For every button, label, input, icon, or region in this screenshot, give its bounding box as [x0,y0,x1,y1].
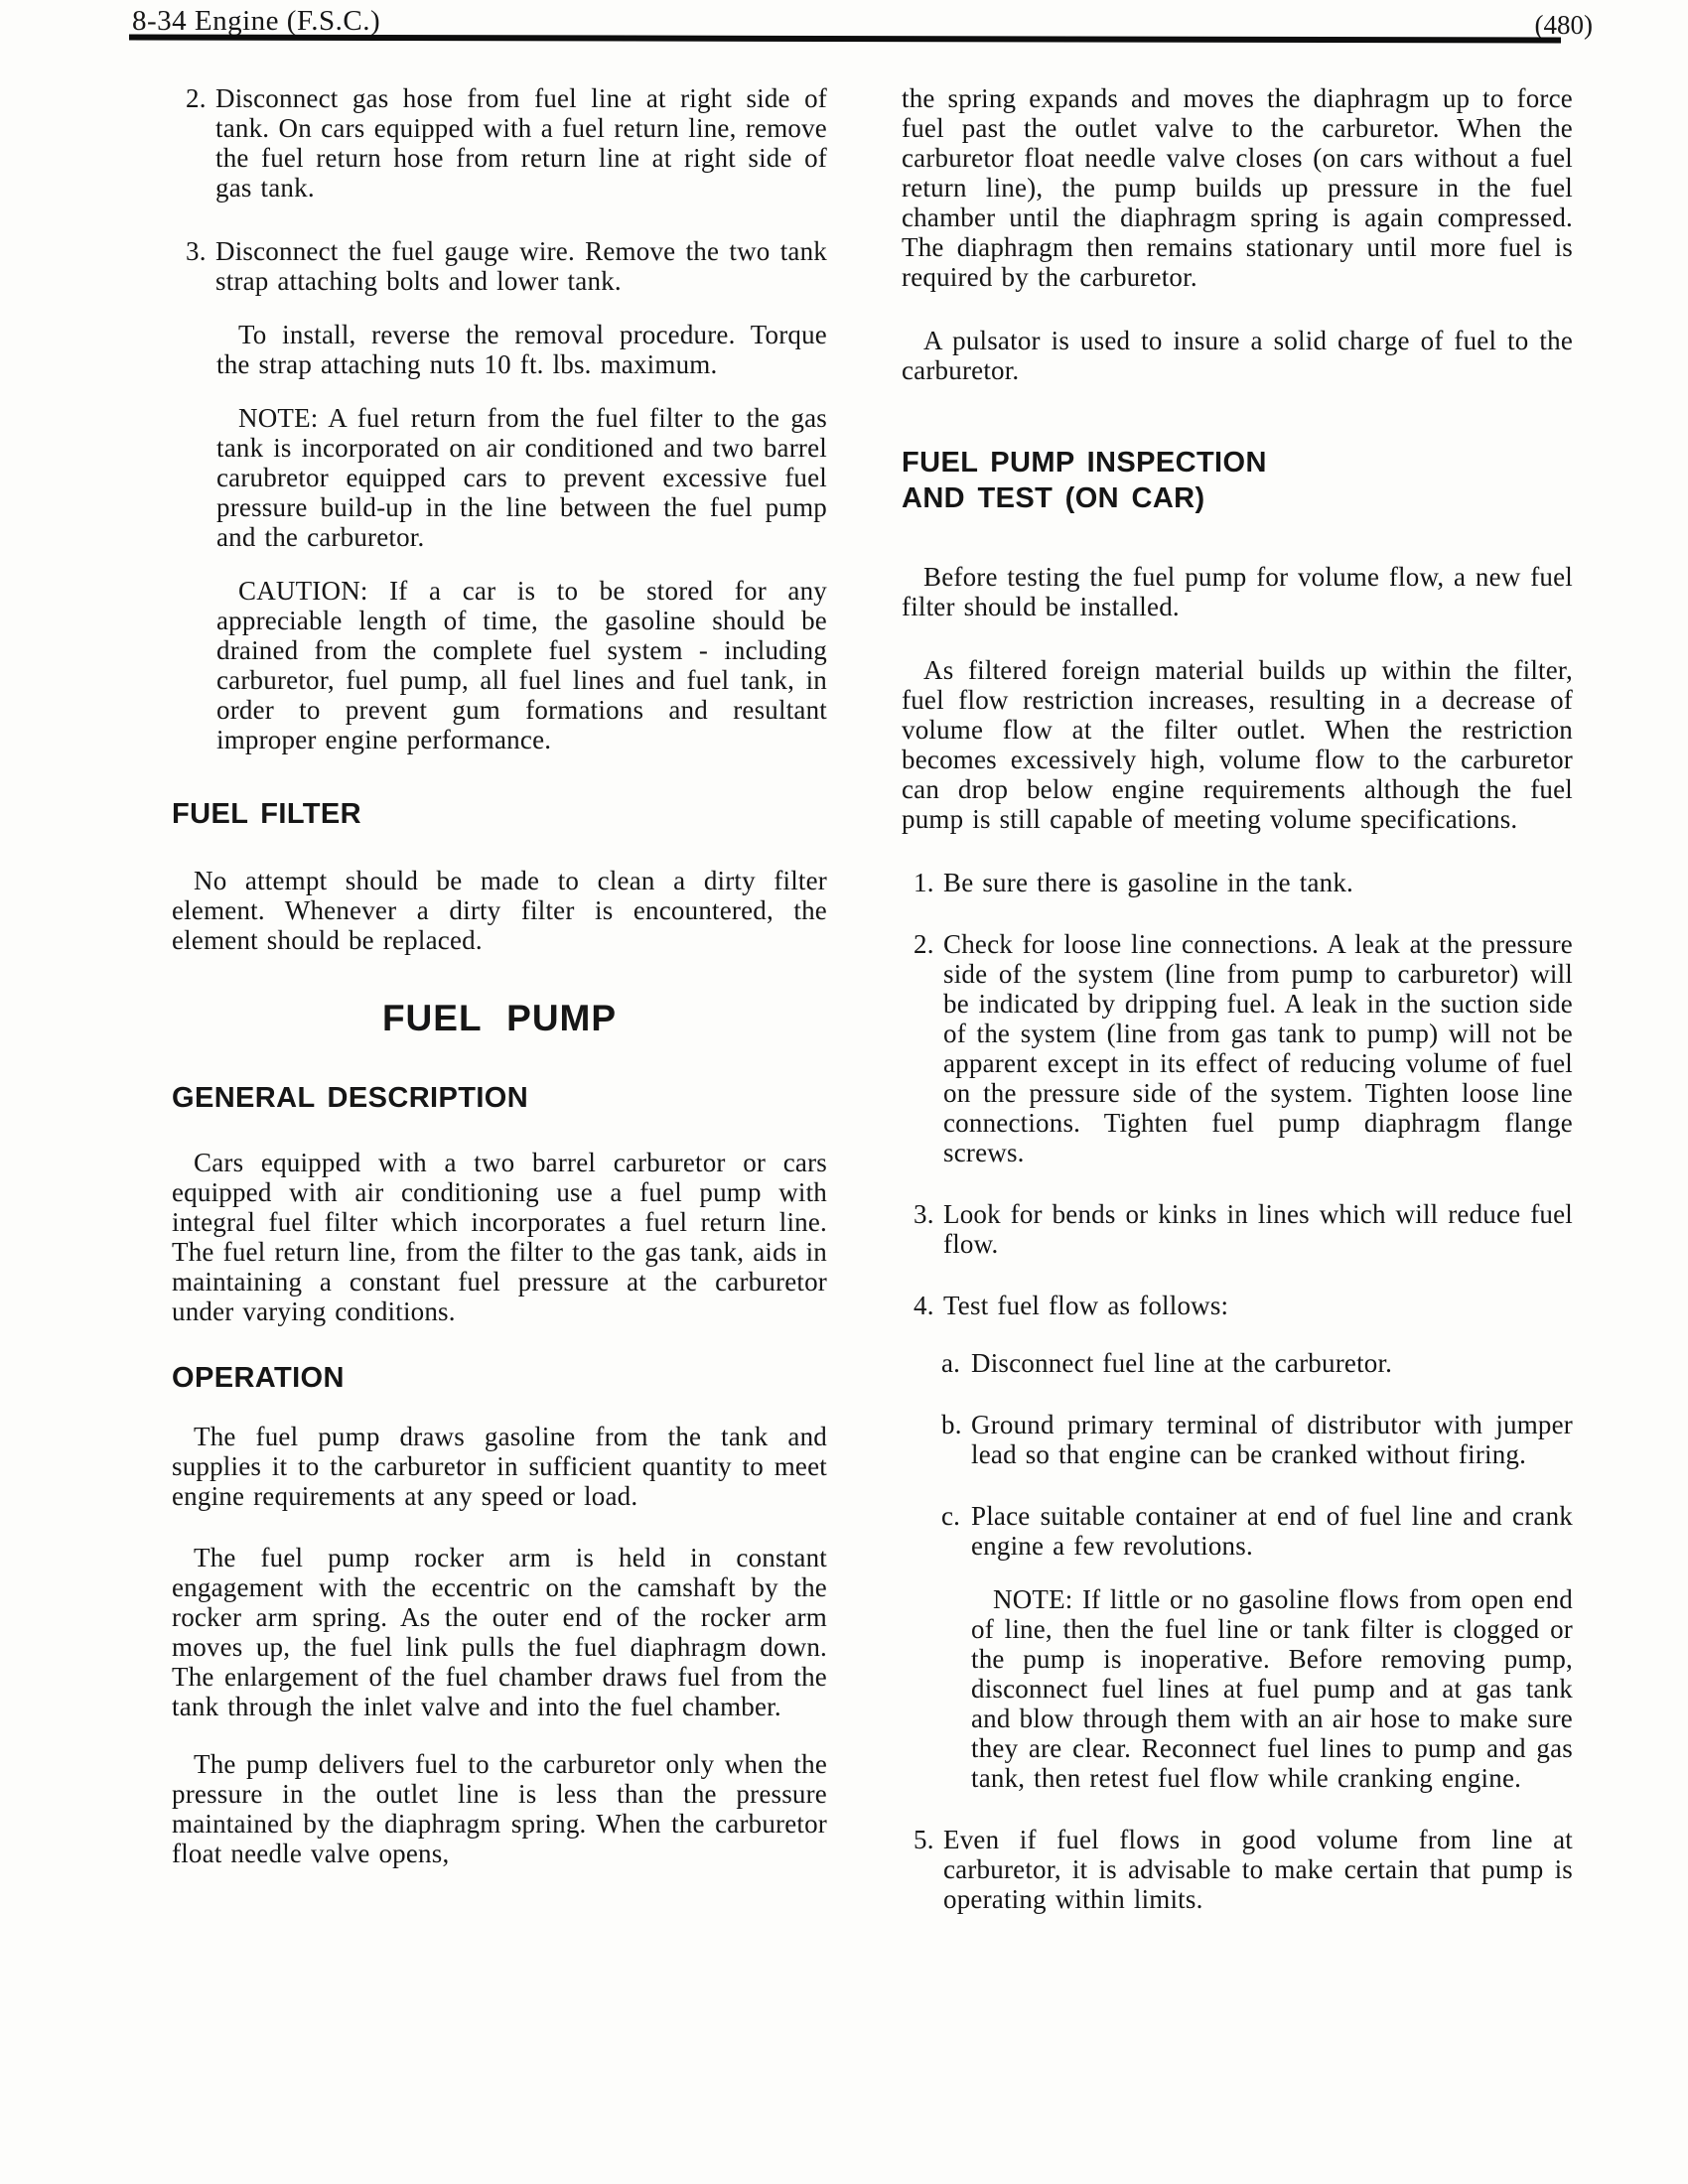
operation-paragraph-2: The fuel pump rocker arm is held in cons… [172,1543,827,1721]
fuel-pump-heading: FUEL PUMP [172,999,827,1038]
substep-text: Place suitable container at end of fuel … [971,1501,1573,1561]
test-step-4: 4. Test fuel flow as follows: [902,1291,1573,1320]
test-step-1: 1. Be sure there is gasoline in the tank… [902,868,1573,897]
step-number: 5. [914,1825,934,1854]
test-step-4c: c. Place suitable container at end of fu… [902,1501,1573,1561]
pulsator-paragraph: A pulsator is used to insure a solid cha… [902,326,1573,385]
page-number: (480) [1535,10,1593,41]
substep-text: Disconnect fuel line at the carburetor. [971,1348,1573,1378]
note-paragraph-right: NOTE: If little or no gasoline flows fro… [971,1584,1573,1793]
operation-heading: OPERATION [172,1362,827,1394]
left-column: 2. Disconnect gas hose from fuel line at… [172,83,827,1868]
step-number: 3. [914,1199,934,1229]
install-paragraph: To install, reverse the removal procedur… [216,320,827,379]
step-number: 2. [914,929,934,959]
step-text: Disconnect the fuel gauge wire. Remove t… [215,236,827,296]
running-header-title: 8-34 Engine (F.S.C.) [132,5,380,38]
operation-paragraph-3: The pump delivers fuel to the carburetor… [172,1749,827,1868]
step-text: Disconnect gas hose from fuel line at ri… [215,83,827,203]
procedure-step-2: 2. Disconnect gas hose from fuel line at… [172,83,827,203]
continuation-paragraph: the spring expands and moves the diaphra… [902,83,1573,292]
step-text: Look for bends or kinks in lines which w… [943,1199,1573,1259]
test-step-4a: a. Disconnect fuel line at the carbureto… [902,1348,1573,1378]
test-step-4b: b. Ground primary terminal of distributo… [902,1410,1573,1469]
step-text: Be sure there is gasoline in the tank. [943,868,1573,897]
substep-text: Ground primary terminal of distributor w… [971,1410,1573,1469]
test-step-3: 3. Look for bends or kinks in lines whic… [902,1199,1573,1259]
procedure-step-3: 3. Disconnect the fuel gauge wire. Remov… [172,236,827,296]
note-paragraph: NOTE: A fuel return from the fuel filter… [216,403,827,552]
header-rule [129,34,1561,43]
test-step-2: 2. Check for loose line connections. A l… [902,929,1573,1167]
fuel-filter-paragraph: No attempt should be made to clean a dir… [172,866,827,955]
manual-page: 8-34 Engine (F.S.C.) (480) 2. Disconnect… [0,0,1688,2184]
general-description-heading: GENERAL DESCRIPTION [172,1082,827,1114]
general-description-paragraph: Cars equipped with a two barrel carburet… [172,1148,827,1326]
substep-letter: b. [941,1410,962,1439]
step-text: Test fuel flow as follows: [943,1291,1573,1320]
step-text: Even if fuel flows in good volume from l… [943,1825,1573,1914]
substep-letter: c. [941,1501,960,1531]
inspection-heading-line1: FUEL PUMP INSPECTION [902,447,1573,478]
right-column: the spring expands and moves the diaphra… [902,83,1573,1914]
test-step-5: 5. Even if fuel flows in good volume fro… [902,1825,1573,1914]
before-testing-paragraph: Before testing the fuel pump for volume … [902,562,1573,621]
caution-paragraph: CAUTION: If a car is to be stored for an… [216,576,827,754]
step-number: 3. [186,236,207,266]
substep-letter: a. [941,1348,960,1378]
step-number: 1. [914,868,934,897]
fuel-filter-heading: FUEL FILTER [172,798,827,830]
operation-paragraph-1: The fuel pump draws gasoline from the ta… [172,1422,827,1511]
step-number: 2. [186,83,207,113]
step-text: Check for loose line connections. A leak… [943,929,1573,1167]
step-number: 4. [914,1291,934,1320]
filtered-material-paragraph: As filtered foreign material builds up w… [902,655,1573,834]
inspection-heading-line2: AND TEST (ON CAR) [902,482,1573,514]
